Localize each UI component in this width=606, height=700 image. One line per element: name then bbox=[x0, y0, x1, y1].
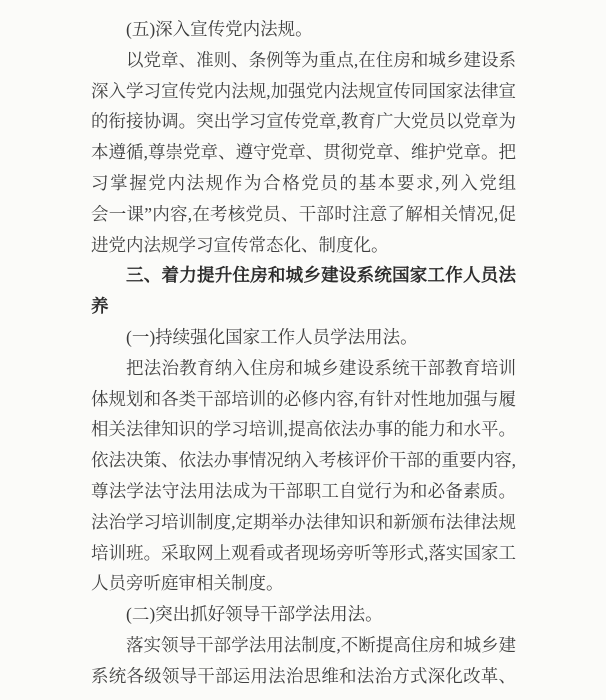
text-line: 培训班。采取网上观看或者现场旁听等形式,落实国家工作 bbox=[91, 538, 516, 569]
subsection-heading-line: (二)突出抓好领导干部学法用法。 bbox=[91, 599, 516, 630]
text-line: 进党内法规学习宣传常态化、制度化。 bbox=[91, 230, 516, 261]
text-line: 以党章、准则、条例等为重点,在住房和城乡建设系统 bbox=[91, 45, 516, 76]
document-page: (五)深入宣传党内法规。以党章、准则、条例等为重点,在住房和城乡建设系统深入学习… bbox=[0, 0, 606, 700]
text-line: 相关法律知识的学习培训,提高依法办事的能力和水平。把 bbox=[91, 414, 516, 445]
text-line: 体规划和各类干部培训的必修内容,有针对性地加强与履职 bbox=[91, 384, 516, 415]
text-line: 会一课”内容,在考核党员、干部时注意了解相关情况,促 bbox=[91, 199, 516, 230]
text-line: 深入学习宣传党内法规,加强党内法规宣传同国家法律宣传 bbox=[91, 76, 516, 107]
section-heading-line: 养 bbox=[91, 291, 516, 322]
text-line: 依法决策、依法办事情况纳入考核评价干部的重要内容,让 bbox=[91, 445, 516, 476]
text-line: 落实领导干部学法用法制度,不断提高住房和城乡建设 bbox=[91, 630, 516, 661]
document-body: (五)深入宣传党内法规。以党章、准则、条例等为重点,在住房和城乡建设系统深入学习… bbox=[91, 14, 516, 692]
text-line: 本遵循,尊崇党章、遵守党章、贯彻党章、维护党章。把学 bbox=[91, 137, 516, 168]
subsection-heading-line: (五)深入宣传党内法规。 bbox=[91, 14, 516, 45]
text-line: 把法治教育纳入住房和城乡建设系统干部教育培训总 bbox=[91, 353, 516, 384]
text-line: 人员旁听庭审相关制度。 bbox=[91, 568, 516, 599]
text-line: 的衔接协调。突出学习宣传党章,教育广大党员以党章为根 bbox=[91, 106, 516, 137]
subsection-heading-line: (一)持续强化国家工作人员学法用法。 bbox=[91, 322, 516, 353]
text-line: 习掌握党内法规作为合格党员的基本要求,列入党组织“三 bbox=[91, 168, 516, 199]
section-heading-line: 三、着力提升住房和城乡建设系统国家工作人员法治素 bbox=[91, 260, 516, 291]
text-line: 系统各级领导干部运用法治思维和法治方式深化改革、推动 bbox=[91, 661, 516, 692]
text-line: 法治学习培训制度,定期举办法律知识和新颁布法律法规的 bbox=[91, 507, 516, 538]
text-line: 尊法学法守法用法成为干部职工自觉行为和必备素质。完善 bbox=[91, 476, 516, 507]
